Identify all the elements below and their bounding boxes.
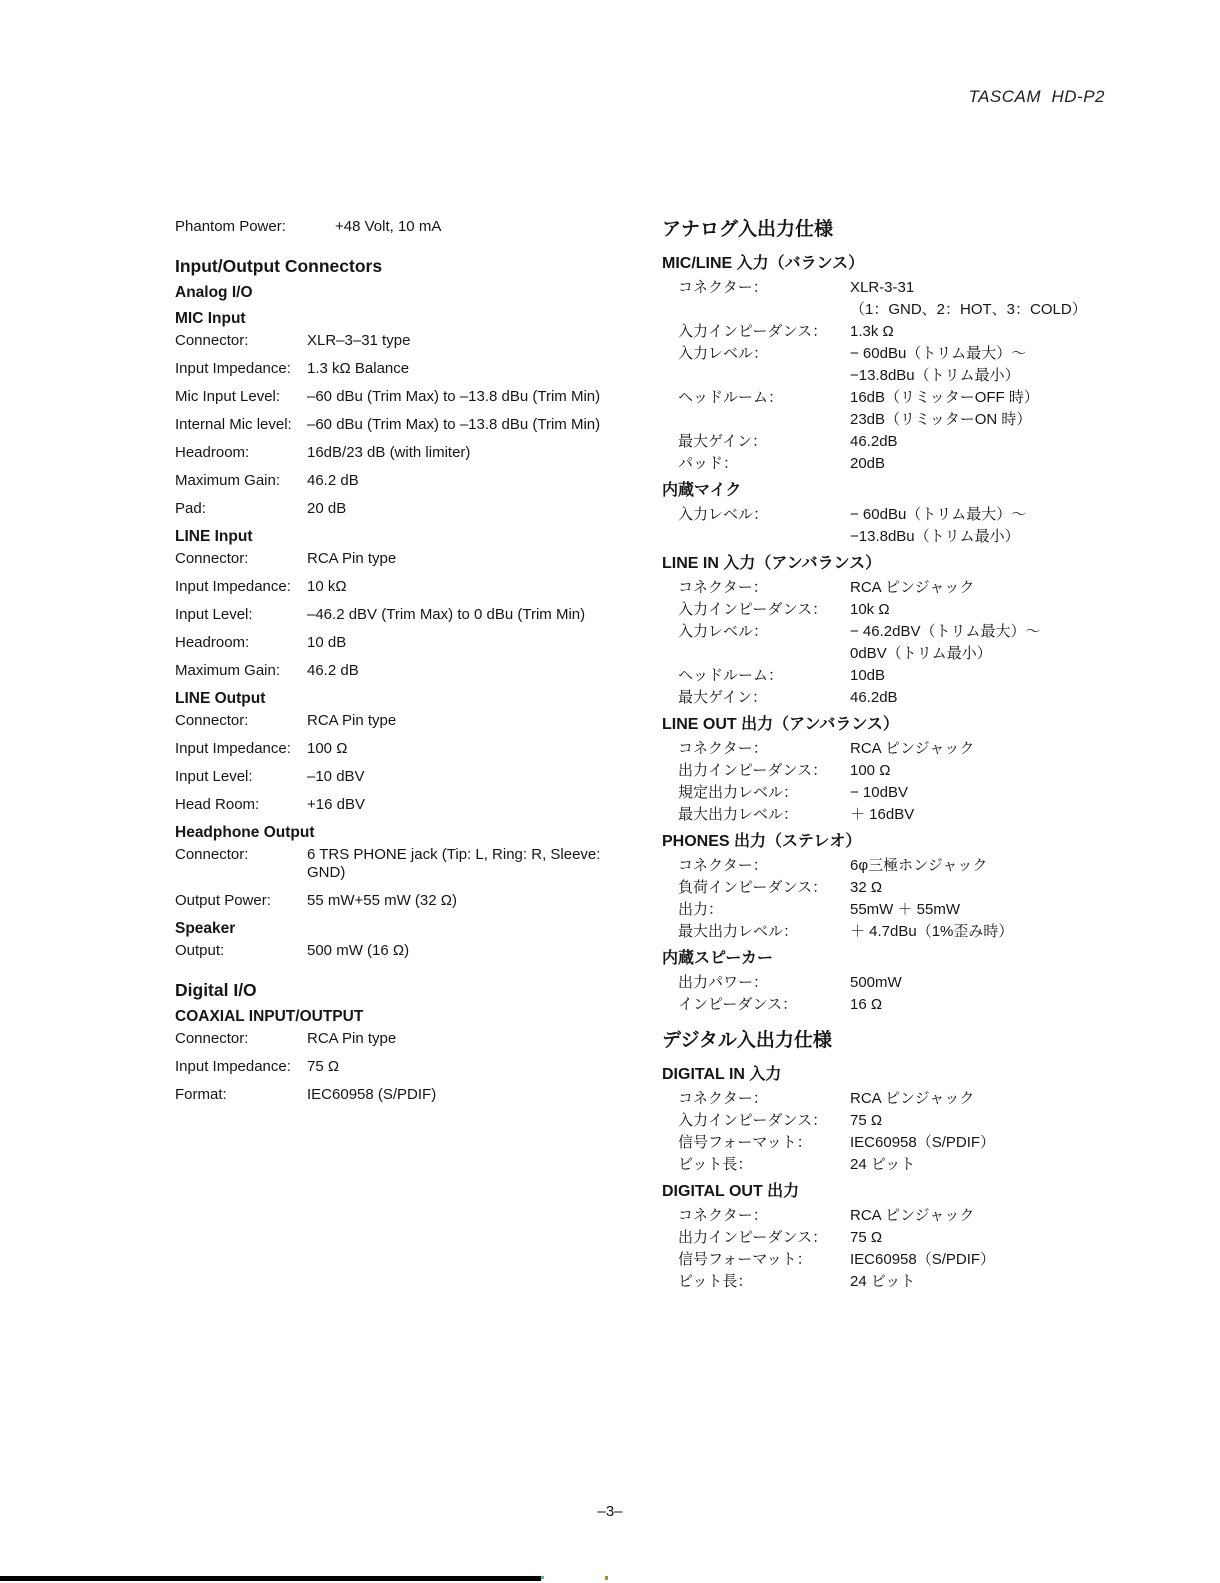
- spec-label: コネクター：: [678, 738, 850, 760]
- spec-row: コネクター：RCA ピンジャック: [662, 1088, 1114, 1110]
- spec-label: Mic Input Level:: [175, 388, 307, 406]
- spec-row: コネクター：6φ三極ホンジャック: [662, 855, 1114, 877]
- spec-label: Connector:: [175, 846, 307, 882]
- spec-row: 最大出力レベル：＋ 16dBV: [662, 804, 1114, 826]
- spec-row: Output:500 mW (16 Ω): [175, 942, 625, 960]
- spec-row: Input Impedance:10 kΩ: [175, 578, 625, 596]
- spec-label: [678, 365, 850, 387]
- spec-label: Pad:: [175, 500, 307, 518]
- spec-row: 負荷インピーダンス：32 Ω: [662, 877, 1114, 899]
- spec-label: Headroom:: [175, 634, 307, 652]
- spec-label: ビット長：: [678, 1271, 850, 1293]
- spec-row: 入力レベル：− 60dBu（トリム最大）～: [662, 504, 1114, 526]
- spec-value: RCA ピンジャック: [850, 738, 1114, 760]
- spec-row: コネクター：XLR-3-31: [662, 277, 1114, 299]
- spec-label: [678, 643, 850, 665]
- spec-row: Output Power:55 mW+55 mW (32 Ω): [175, 892, 625, 910]
- spec-label: 最大出力レベル：: [678, 921, 850, 943]
- spec-row: コネクター：RCA ピンジャック: [662, 577, 1114, 599]
- spec-label: Input Impedance:: [175, 740, 307, 758]
- left-column-english-specs: Phantom Power:+48 Volt, 10 mAInput/Outpu…: [175, 218, 625, 1114]
- spec-label: コネクター：: [678, 1088, 850, 1110]
- spec-label: Internal Mic level:: [175, 416, 307, 434]
- spec-row: 出力：55mW ＋ 55mW: [662, 899, 1114, 921]
- spec-row: 入力インピーダンス：75 Ω: [662, 1110, 1114, 1132]
- spec-label: Output Power:: [175, 892, 307, 910]
- spec-label: インピーダンス：: [678, 994, 850, 1016]
- spec-label: 最大出力レベル：: [678, 804, 850, 826]
- spec-value: RCA ピンジャック: [850, 577, 1114, 599]
- spec-row: Input Impedance:75 Ω: [175, 1058, 625, 1076]
- spec-value: 24 ビット: [850, 1154, 1114, 1176]
- spec-row: Connector:6 TRS PHONE jack (Tip: L, Ring…: [175, 846, 625, 882]
- subsection-heading: Headphone Output: [175, 824, 625, 842]
- spec-value: 10 dB: [307, 634, 625, 652]
- subsection-heading: PHONES 出力（ステレオ）: [662, 831, 1114, 853]
- spec-label: 出力インピーダンス：: [678, 1227, 850, 1249]
- spec-label: 入力レベル：: [678, 343, 850, 365]
- spec-row: 入力レベル：− 46.2dBV（トリム最大）～: [662, 621, 1114, 643]
- spec-label: [678, 526, 850, 548]
- spec-label: パッド：: [678, 453, 850, 475]
- spec-value: 16 Ω: [850, 994, 1114, 1016]
- spec-value: 10k Ω: [850, 599, 1114, 621]
- spec-row: 信号フォーマット：IEC60958（S/PDIF）: [662, 1249, 1114, 1271]
- spec-row-continuation: （1：GND、2：HOT、3：COLD）: [662, 299, 1114, 321]
- spec-row: 入力インピーダンス：10k Ω: [662, 599, 1114, 621]
- spec-row: 出力インピーダンス：75 Ω: [662, 1227, 1114, 1249]
- spec-row: Headroom:16dB/23 dB (with limiter): [175, 444, 625, 462]
- spec-label: 信号フォーマット：: [678, 1249, 850, 1271]
- spec-label: Headroom:: [175, 444, 307, 462]
- spec-value: − 46.2dBV（トリム最大）～: [850, 621, 1114, 643]
- spec-row: 最大ゲイン：46.2dB: [662, 431, 1114, 453]
- spec-value: 75 Ω: [850, 1110, 1114, 1132]
- spec-row: Phantom Power:+48 Volt, 10 mA: [175, 218, 625, 236]
- spec-row: インピーダンス：16 Ω: [662, 994, 1114, 1016]
- spec-value: 6 TRS PHONE jack (Tip: L, Ring: R, Sleev…: [307, 846, 625, 882]
- spec-value: 20dB: [850, 453, 1114, 475]
- subsection-heading: DIGITAL IN 入力: [662, 1064, 1114, 1086]
- spec-label: [678, 299, 850, 321]
- spec-value: RCA ピンジャック: [850, 1205, 1114, 1227]
- spec-value: −13.8dBu（トリム最小）: [850, 526, 1114, 548]
- spec-row: 入力レベル：− 60dBu（トリム最大）～: [662, 343, 1114, 365]
- spec-label: Maximum Gain:: [175, 472, 307, 490]
- spec-value: +16 dBV: [307, 796, 625, 814]
- spec-row: Connector:RCA Pin type: [175, 712, 625, 730]
- spec-value: 24 ビット: [850, 1271, 1114, 1293]
- spec-row: Input Impedance:1.3 kΩ Balance: [175, 360, 625, 378]
- page-number: –3–: [0, 1503, 1220, 1520]
- section-heading: デジタル入出力仕様: [662, 1028, 1114, 1054]
- subsection-heading: MIC/LINE 入力（バランス）: [662, 253, 1114, 275]
- spec-value: 75 Ω: [850, 1227, 1114, 1249]
- spec-row: Input Level:–46.2 dBV (Trim Max) to 0 dB…: [175, 606, 625, 624]
- subsection-heading: 内蔵スピーカー: [662, 948, 1114, 970]
- spec-value: +48 Volt, 10 mA: [335, 218, 625, 236]
- spec-label: ヘッドルーム：: [678, 387, 850, 409]
- spec-label: 最大ゲイン：: [678, 687, 850, 709]
- scan-artifact-speck-yellow: [605, 1576, 608, 1580]
- spec-row: Connector:RCA Pin type: [175, 550, 625, 568]
- subsection-heading: LINE Input: [175, 528, 625, 546]
- spec-row: Input Level:–10 dBV: [175, 768, 625, 786]
- subsection-heading: DIGITAL OUT 出力: [662, 1181, 1114, 1203]
- spec-label: Connector:: [175, 550, 307, 568]
- spec-row: 規定出力レベル：− 10dBV: [662, 782, 1114, 804]
- spec-value: –60 dBu (Trim Max) to –13.8 dBu (Trim Mi…: [307, 388, 625, 406]
- spec-label: Connector:: [175, 1030, 307, 1048]
- spec-row: Connector:RCA Pin type: [175, 1030, 625, 1048]
- spec-row: ビット長：24 ビット: [662, 1271, 1114, 1293]
- scan-artifact-bar: [0, 1576, 541, 1581]
- spec-row: コネクター：RCA ピンジャック: [662, 1205, 1114, 1227]
- spec-value: 6φ三極ホンジャック: [850, 855, 1114, 877]
- spec-value: − 10dBV: [850, 782, 1114, 804]
- spec-value: IEC60958（S/PDIF）: [850, 1132, 1114, 1154]
- spec-row-continuation: 23dB（リミッターON 時）: [662, 409, 1114, 431]
- spec-value: XLR–3–31 type: [307, 332, 625, 350]
- spec-row: Mic Input Level:–60 dBu (Trim Max) to –1…: [175, 388, 625, 406]
- spec-value: 500mW: [850, 972, 1114, 994]
- spec-value: − 60dBu（トリム最大）～: [850, 343, 1114, 365]
- subsection-heading: LINE IN 入力（アンバランス）: [662, 553, 1114, 575]
- spec-label: Connector:: [175, 332, 307, 350]
- spec-label: 入力インピーダンス：: [678, 321, 850, 343]
- spec-value: XLR-3-31: [850, 277, 1114, 299]
- spec-row: 入力インピーダンス：1.3k Ω: [662, 321, 1114, 343]
- spec-label: ビット長：: [678, 1154, 850, 1176]
- spec-row: Format:IEC60958 (S/PDIF): [175, 1086, 625, 1104]
- subsection-heading: Analog I/O: [175, 284, 625, 302]
- spec-label: 出力：: [678, 899, 850, 921]
- spec-row-continuation: −13.8dBu（トリム最小）: [662, 365, 1114, 387]
- spec-value: –60 dBu (Trim Max) to –13.8 dBu (Trim Mi…: [307, 416, 625, 434]
- spec-label: Input Level:: [175, 768, 307, 786]
- spec-label: コネクター：: [678, 277, 850, 299]
- spec-row: Head Room:+16 dBV: [175, 796, 625, 814]
- spec-label: 最大ゲイン：: [678, 431, 850, 453]
- spec-value: 46.2 dB: [307, 662, 625, 680]
- section-heading: Digital I/O: [175, 980, 625, 1000]
- spec-value: 23dB（リミッターON 時）: [850, 409, 1114, 431]
- spec-row: Maximum Gain:46.2 dB: [175, 472, 625, 490]
- section-heading: アナログ入出力仕様: [662, 217, 1114, 243]
- spec-value: 75 Ω: [307, 1058, 625, 1076]
- subsection-heading: COAXIAL INPUT/OUTPUT: [175, 1008, 625, 1026]
- spec-value: IEC60958 (S/PDIF): [307, 1086, 625, 1104]
- spec-value: 100 Ω: [307, 740, 625, 758]
- spec-value: 500 mW (16 Ω): [307, 942, 625, 960]
- subsection-heading: LINE OUT 出力（アンバランス）: [662, 714, 1114, 736]
- spec-label: 入力インピーダンス：: [678, 1110, 850, 1132]
- spec-row: ヘッドルーム：10dB: [662, 665, 1114, 687]
- spec-label: Head Room:: [175, 796, 307, 814]
- spec-value: −13.8dBu（トリム最小）: [850, 365, 1114, 387]
- spec-value: 10dB: [850, 665, 1114, 687]
- spec-label: 規定出力レベル：: [678, 782, 850, 804]
- spec-value: 1.3 kΩ Balance: [307, 360, 625, 378]
- spec-row: ビット長：24 ビット: [662, 1154, 1114, 1176]
- spec-value: 46.2dB: [850, 431, 1114, 453]
- spec-label: Input Impedance:: [175, 360, 307, 378]
- spec-label: Maximum Gain:: [175, 662, 307, 680]
- spec-row: 最大出力レベル：＋ 4.7dBu（1%歪み時）: [662, 921, 1114, 943]
- spec-label: Phantom Power:: [175, 218, 335, 236]
- spec-value: 55 mW+55 mW (32 Ω): [307, 892, 625, 910]
- spec-row: パッド：20dB: [662, 453, 1114, 475]
- spec-label: Input Impedance:: [175, 578, 307, 596]
- spec-value: 100 Ω: [850, 760, 1114, 782]
- spec-row: 出力インピーダンス：100 Ω: [662, 760, 1114, 782]
- spec-label: ヘッドルーム：: [678, 665, 850, 687]
- spec-value: 46.2dB: [850, 687, 1114, 709]
- spec-value: 55mW ＋ 55mW: [850, 899, 1114, 921]
- section-heading: Input/Output Connectors: [175, 256, 625, 276]
- subsection-heading: 内蔵マイク: [662, 480, 1114, 502]
- spec-value: 32 Ω: [850, 877, 1114, 899]
- spec-label: Output:: [175, 942, 307, 960]
- spec-label: コネクター：: [678, 1205, 850, 1227]
- scan-artifact-speck-cyan: [541, 1576, 544, 1579]
- spec-label: コネクター：: [678, 855, 850, 877]
- spec-label: Input Impedance:: [175, 1058, 307, 1076]
- spec-label: コネクター：: [678, 577, 850, 599]
- spec-label: 入力レベル：: [678, 621, 850, 643]
- spec-value: 1.3k Ω: [850, 321, 1114, 343]
- spec-value: − 60dBu（トリム最大）～: [850, 504, 1114, 526]
- spec-row: Headroom:10 dB: [175, 634, 625, 652]
- spec-value: 10 kΩ: [307, 578, 625, 596]
- spec-value: –10 dBV: [307, 768, 625, 786]
- spec-row: Maximum Gain:46.2 dB: [175, 662, 625, 680]
- spec-label: 入力レベル：: [678, 504, 850, 526]
- spec-row: 最大ゲイン：46.2dB: [662, 687, 1114, 709]
- spec-value: 16dB/23 dB (with limiter): [307, 444, 625, 462]
- spec-row: 出力パワー：500mW: [662, 972, 1114, 994]
- spec-row: Input Impedance:100 Ω: [175, 740, 625, 758]
- subsection-heading: LINE Output: [175, 690, 625, 708]
- spec-value: 46.2 dB: [307, 472, 625, 490]
- spec-label: Connector:: [175, 712, 307, 730]
- spec-sheet-page: TASCAM HD-P2 Phantom Power:+48 Volt, 10 …: [0, 0, 1220, 1583]
- spec-value: RCA Pin type: [307, 550, 625, 568]
- spec-value: 20 dB: [307, 500, 625, 518]
- spec-row: コネクター：RCA ピンジャック: [662, 738, 1114, 760]
- spec-row: Connector:XLR–3–31 type: [175, 332, 625, 350]
- spec-value: RCA Pin type: [307, 1030, 625, 1048]
- right-column-japanese-specs: アナログ入出力仕様MIC/LINE 入力（バランス）コネクター：XLR-3-31…: [662, 205, 1114, 1293]
- spec-label: [678, 409, 850, 431]
- spec-value: ＋ 4.7dBu（1%歪み時）: [850, 921, 1114, 943]
- spec-value: IEC60958（S/PDIF）: [850, 1249, 1114, 1271]
- spec-row-continuation: −13.8dBu（トリム最小）: [662, 526, 1114, 548]
- spec-label: 入力インピーダンス：: [678, 599, 850, 621]
- spec-row: ヘッドルーム：16dB（リミッターOFF 時）: [662, 387, 1114, 409]
- spec-value: 16dB（リミッターOFF 時）: [850, 387, 1114, 409]
- spec-label: 信号フォーマット：: [678, 1132, 850, 1154]
- spec-label: Input Level:: [175, 606, 307, 624]
- spec-value: ＋ 16dBV: [850, 804, 1114, 826]
- subsection-heading: MIC Input: [175, 310, 625, 328]
- spec-label: 負荷インピーダンス：: [678, 877, 850, 899]
- spec-row-continuation: 0dBV（トリム最小）: [662, 643, 1114, 665]
- spec-label: Format:: [175, 1086, 307, 1104]
- spec-value: 0dBV（トリム最小）: [850, 643, 1114, 665]
- spec-value: （1：GND、2：HOT、3：COLD）: [850, 299, 1114, 321]
- spec-label: 出力インピーダンス：: [678, 760, 850, 782]
- spec-label: 出力パワー：: [678, 972, 850, 994]
- spec-row: Pad:20 dB: [175, 500, 625, 518]
- spec-row: 信号フォーマット：IEC60958（S/PDIF）: [662, 1132, 1114, 1154]
- doc-brand-header: TASCAM HD-P2: [968, 87, 1105, 107]
- spec-value: RCA Pin type: [307, 712, 625, 730]
- spec-row: Internal Mic level:–60 dBu (Trim Max) to…: [175, 416, 625, 434]
- subsection-heading: Speaker: [175, 920, 625, 938]
- spec-value: RCA ピンジャック: [850, 1088, 1114, 1110]
- spec-value: –46.2 dBV (Trim Max) to 0 dBu (Trim Min): [307, 606, 625, 624]
